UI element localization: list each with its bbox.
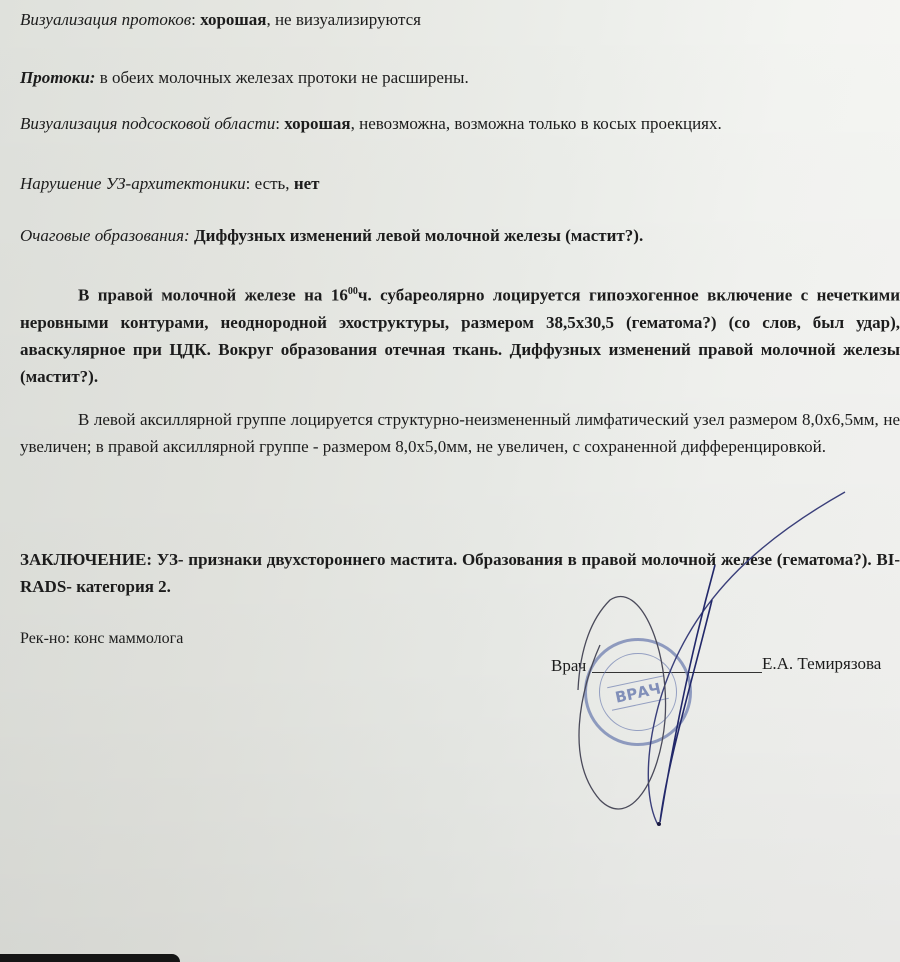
selected-option: хорошая xyxy=(284,114,350,133)
subareolar-visualization-line: Визуализация подсосковой области: хороша… xyxy=(20,114,722,134)
field-label: Протоки: xyxy=(20,68,95,87)
stamp: ВРАЧ xyxy=(584,638,692,746)
selected-option: хорошая xyxy=(200,10,266,29)
doctor-name: Е.А. Темирязова xyxy=(762,654,881,674)
selected-option: нет xyxy=(294,174,320,193)
field-label: Визуализация протоков xyxy=(20,10,191,29)
field-label: Очаговые образования: xyxy=(20,226,190,245)
photo-edge xyxy=(0,954,180,962)
paper-shading xyxy=(0,0,900,962)
field-label: Визуализация подсосковой области xyxy=(20,114,275,133)
focal-lesions-line: Очаговые образования: Диффузных изменени… xyxy=(20,226,643,246)
axillary-paragraph: В левой аксиллярной группе лоцируется ст… xyxy=(20,406,900,460)
field-label: Нарушение УЗ-архитектоники xyxy=(20,174,246,193)
right-breast-paragraph: В правой молочной железе на 1600ч. субар… xyxy=(20,278,900,390)
ducts-visualization-line: Визуализация протоков: хорошая, не визуа… xyxy=(20,10,421,30)
conclusion-paragraph: ЗАКЛЮЧЕНИЕ: УЗ- признаки двухстороннего … xyxy=(20,546,900,600)
handwritten-signature xyxy=(0,0,900,962)
signature-role: Врач xyxy=(551,656,586,676)
architectonics-line: Нарушение УЗ-архитектоники: есть, нет xyxy=(20,174,320,194)
recommendation-line: Рек-но: конс маммолога xyxy=(20,630,183,648)
ducts-line: Протоки: в обеих молочных железах проток… xyxy=(20,68,469,88)
